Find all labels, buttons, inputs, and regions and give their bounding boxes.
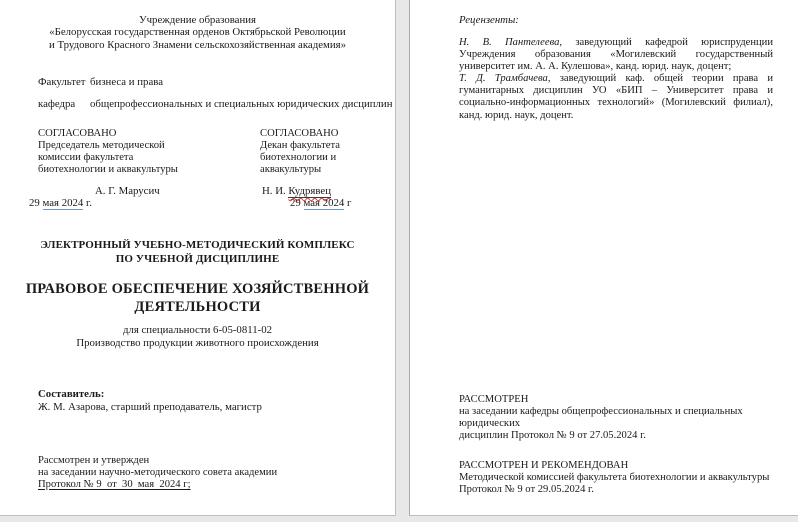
- recommended-block: РАССМОТРЕН И РЕКОМЕНДОВАН Методической к…: [459, 460, 775, 496]
- department-value: общепрофессиональных и специальных юриди…: [90, 98, 392, 110]
- signature-name-chair: А. Г. Марусич: [95, 185, 160, 197]
- reviewer-name: Т. Д. Трамбачева: [459, 73, 548, 84]
- recommended-line: Методической комиссией факультета биотех…: [459, 472, 775, 484]
- considered-line: дисциплин Протокол № 9 от 27.05.2024 г.: [459, 430, 775, 442]
- signature-name-dean: Н. И. Кудрявец: [262, 185, 331, 197]
- discipline-title-line: ПРАВОВОЕ ОБЕСПЕЧЕНИЕ ХОЗЯЙСТВЕННОЙ: [0, 280, 395, 298]
- institution-line: и Трудового Красного Знамени сельскохозя…: [0, 39, 395, 51]
- reviewer-name: Н. В. Пантелеева: [459, 37, 559, 48]
- name-initials: Н. И.: [262, 185, 288, 197]
- approver-role-line: биотехнологии и: [260, 152, 390, 164]
- date-filled-in: мая 2024: [304, 197, 345, 210]
- institution-line: Учреждение образования: [0, 14, 395, 26]
- approved-block-chair: СОГЛАСОВАНО Председатель методической ко…: [38, 128, 208, 176]
- reviewers-label: Рецензенты:: [459, 14, 519, 26]
- approval-note: Рассмотрен и утвержден на заседании науч…: [38, 455, 277, 490]
- approver-role-line: комиссии факультета: [38, 152, 208, 164]
- recommended-line: Протокол № 9 от 29.05.2024 г.: [459, 484, 775, 496]
- compiler-label: Составитель:: [38, 388, 262, 401]
- approver-role-line: Декан факультета: [260, 140, 390, 152]
- document-type-line: ЭЛЕКТРОННЫЙ УЧЕБНО-МЕТОДИЧЕСКИЙ КОМПЛЕКС: [0, 239, 395, 253]
- specialty-name: Производство продукции животного происхо…: [0, 337, 395, 350]
- specialty-block: для специальности 6-05-0811-02 Производс…: [0, 324, 395, 350]
- date-suffix: г.: [83, 197, 92, 209]
- faculty-label: Факультет: [38, 76, 85, 88]
- approval-protocol: Протокол № 9 от 30 мая 2024 г;: [38, 479, 277, 491]
- approval-note-line: на заседании научно-методического совета…: [38, 467, 277, 479]
- approved-block-dean: СОГЛАСОВАНО Декан факультета биотехнолог…: [260, 128, 390, 176]
- date-filled-in: мая 2024: [43, 197, 84, 210]
- approver-role-line: биотехнологии и аквакультуры: [38, 164, 208, 176]
- document-page-right: Рецензенты: Н. В. Пантелеева, заведующий…: [409, 0, 798, 516]
- reviewer-paragraph: Т. Д. Трамбачева, заведующий каф. общей …: [459, 73, 773, 121]
- institution-header: Учреждение образования «Белорусская госу…: [0, 14, 395, 51]
- document-type-line: ПО УЧЕБНОЙ ДИСЦИПЛИНЕ: [0, 253, 395, 267]
- faculty-value: бизнеса и права: [90, 76, 163, 88]
- approved-title: СОГЛАСОВАНО: [38, 128, 208, 140]
- institution-line: «Белорусская государственная орденов Окт…: [0, 26, 395, 38]
- department-label: кафедра: [38, 98, 75, 110]
- approver-role-line: Председатель методической: [38, 140, 208, 152]
- signature-date-chair: 29 мая 2024 г.: [29, 197, 92, 209]
- reviewers-body: Н. В. Пантелеева, заведующий кафедрой юр…: [459, 37, 773, 122]
- approver-role-line: аквакультуры: [260, 164, 390, 176]
- reviewer-paragraph: Н. В. Пантелеева, заведующий кафедрой юр…: [459, 37, 773, 73]
- document-page-left: Учреждение образования «Белорусская госу…: [0, 0, 396, 516]
- department-row: кафедра общепрофессиональных и специальн…: [38, 98, 75, 110]
- document-type-title: ЭЛЕКТРОННЫЙ УЧЕБНО-МЕТОДИЧЕСКИЙ КОМПЛЕКС…: [0, 239, 395, 266]
- compiler-block: Составитель: Ж. М. Азарова, старший преп…: [38, 388, 262, 414]
- date-suffix: г: [344, 197, 351, 209]
- faculty-row: Факультет бизнеса и права: [38, 76, 85, 88]
- approval-note-line: Рассмотрен и утвержден: [38, 455, 277, 467]
- considered-line: на заседании кафедры общепрофессиональны…: [459, 406, 775, 430]
- approved-title: СОГЛАСОВАНО: [260, 128, 390, 140]
- compiler-name: Ж. М. Азарова, старший преподаватель, ма…: [38, 401, 262, 414]
- date-prefix: 29: [29, 197, 43, 209]
- specialty-code: для специальности 6-05-0811-02: [0, 324, 395, 337]
- considered-title: РАССМОТРЕН: [459, 394, 775, 406]
- discipline-title: ПРАВОВОЕ ОБЕСПЕЧЕНИЕ ХОЗЯЙСТВЕННОЙ ДЕЯТЕ…: [0, 280, 395, 316]
- date-prefix: 29: [290, 197, 304, 209]
- considered-block: РАССМОТРЕН на заседании кафедры общепроф…: [459, 394, 775, 442]
- discipline-title-line: ДЕЯТЕЛЬНОСТИ: [0, 298, 395, 316]
- recommended-title: РАССМОТРЕН И РЕКОМЕНДОВАН: [459, 460, 775, 472]
- signature-date-dean: 29 мая 2024 г: [290, 197, 351, 209]
